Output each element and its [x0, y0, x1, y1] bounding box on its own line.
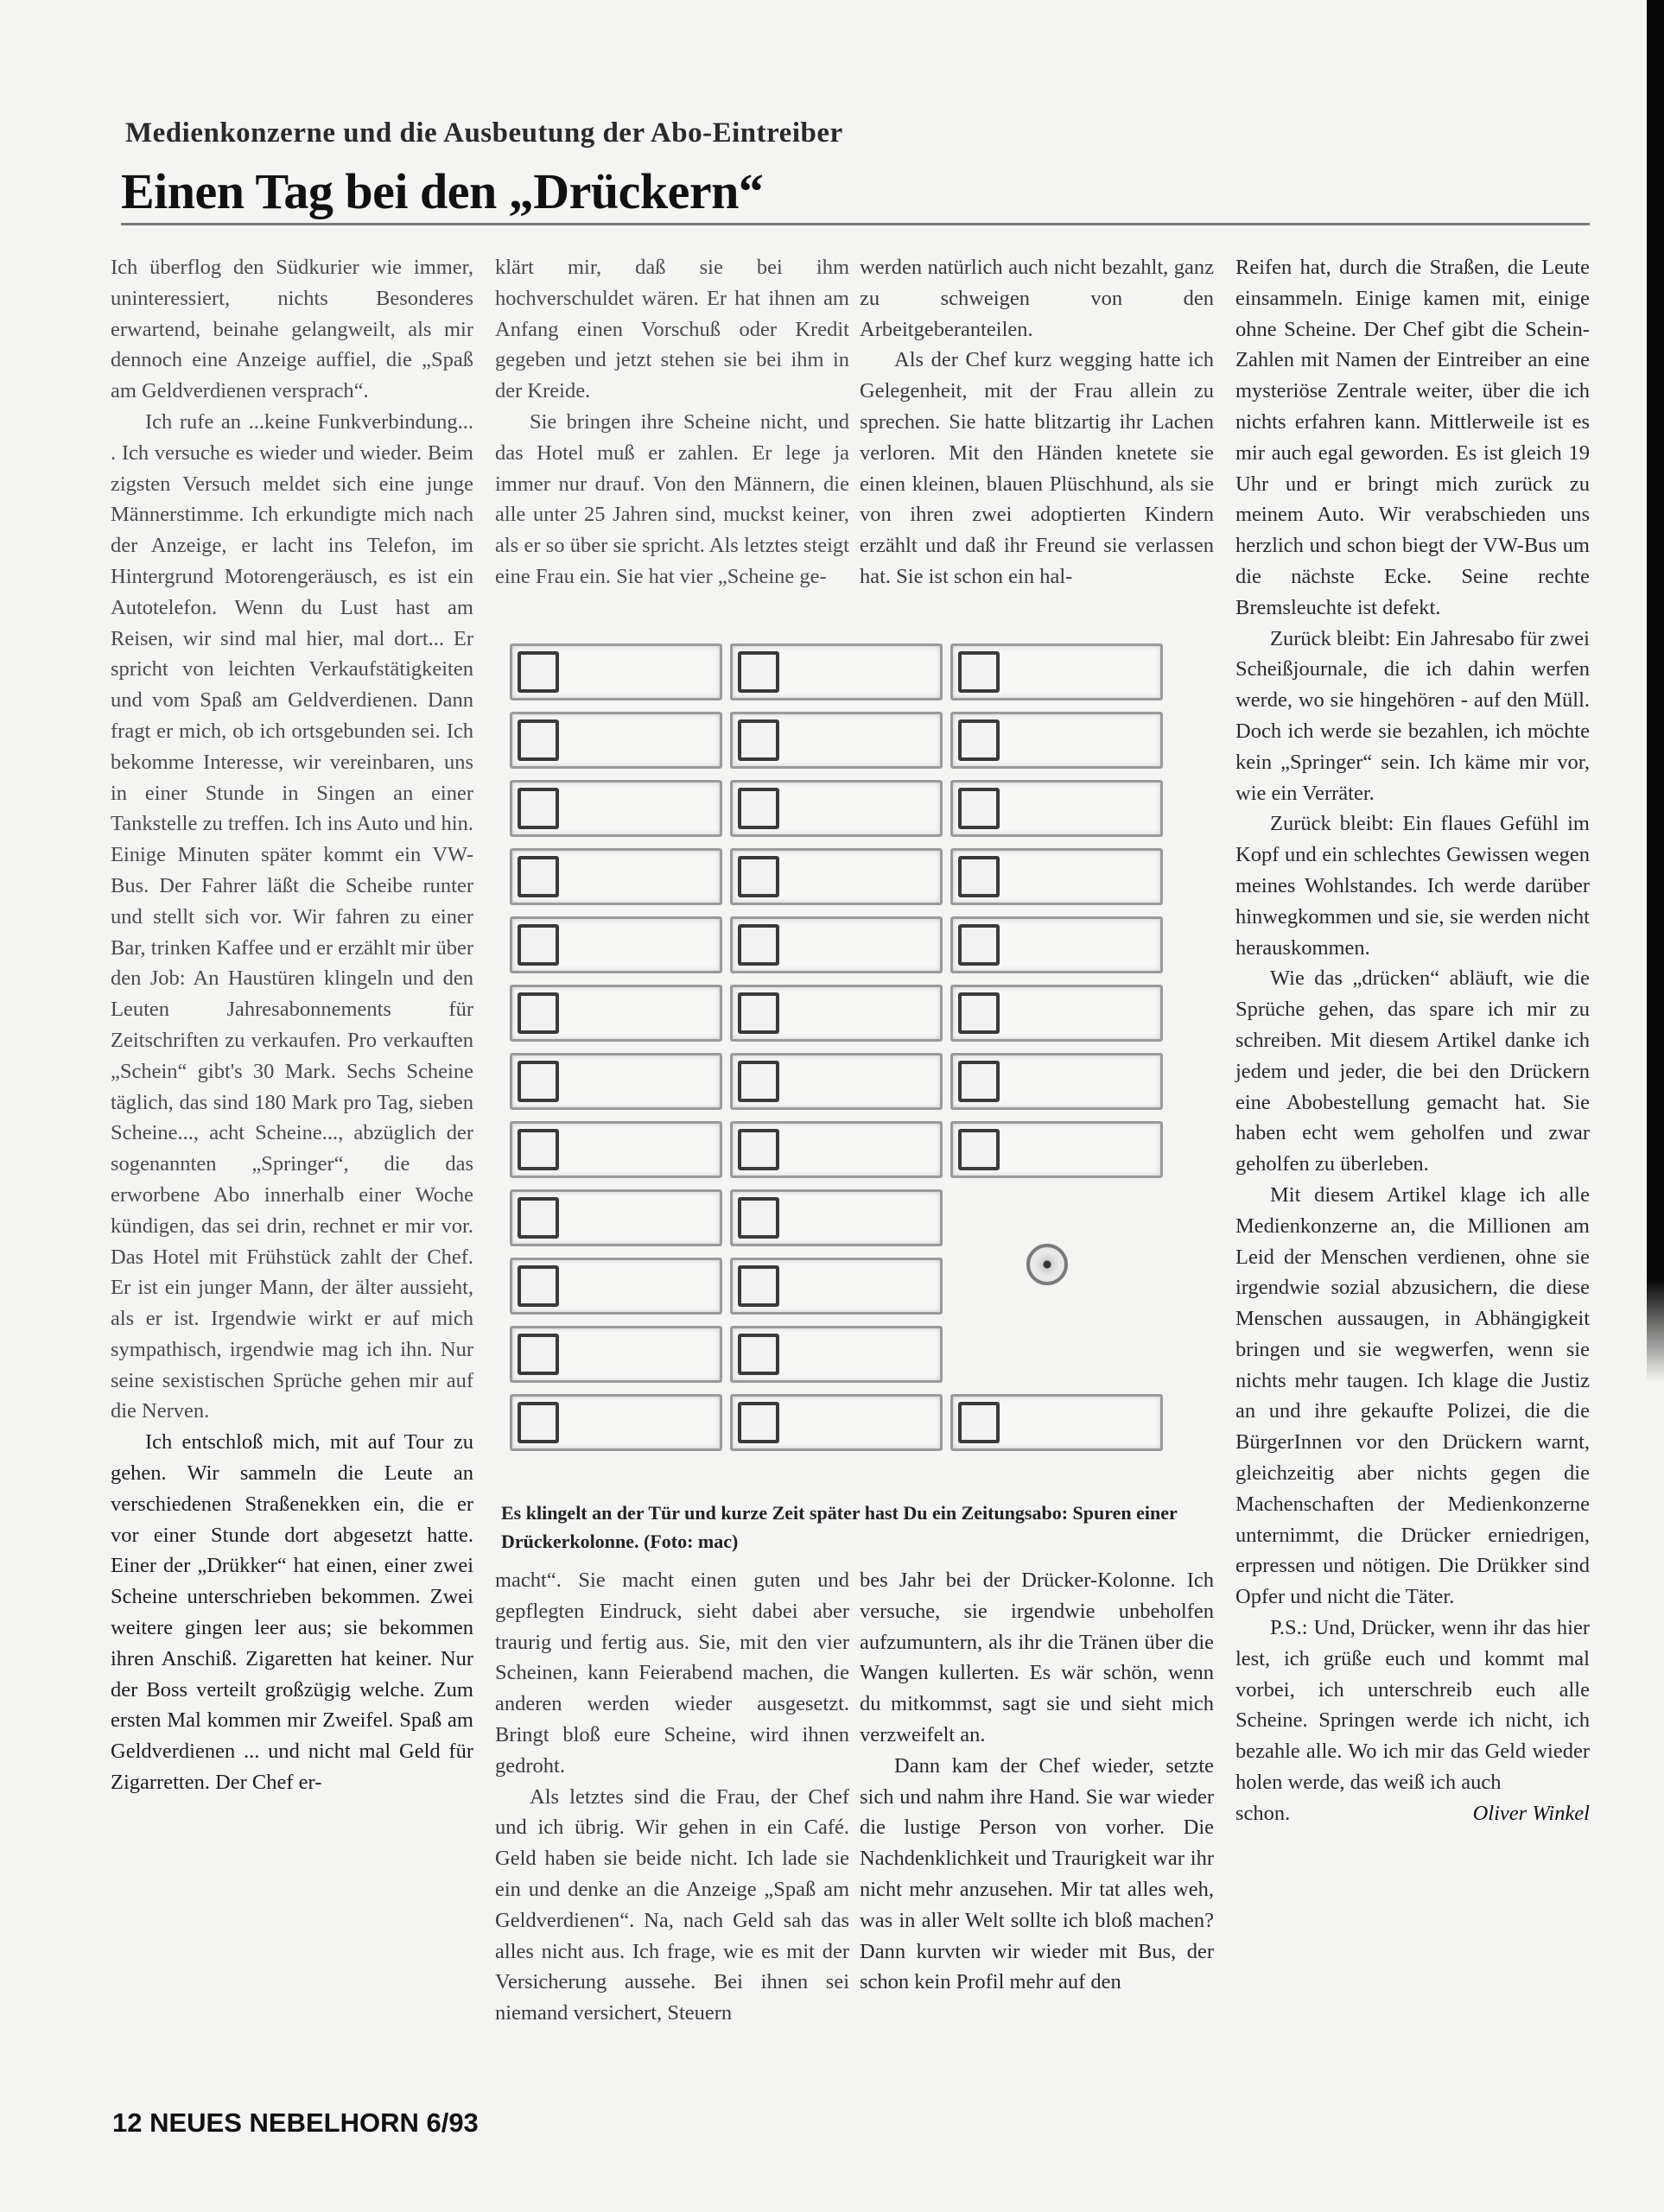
mailbox-window-icon: [518, 651, 559, 693]
paragraph: werden natürlich auch nicht bezahlt, gan…: [860, 252, 1214, 345]
mailbox-slot: [950, 1394, 1163, 1451]
paragraph: bes Jahr bei der Drücker-Kolonne. Ich ve…: [860, 1565, 1214, 1751]
mailbox-slot: [950, 1053, 1163, 1110]
mailbox-slot: [730, 1258, 943, 1315]
article-title: Einen Tag bei den „Drückern“: [121, 162, 763, 220]
mailbox-slot: [950, 1121, 1163, 1178]
mailbox-slot: [510, 848, 722, 905]
mailbox-photo: [510, 643, 1201, 1464]
author-name: Oliver Winkel: [1473, 1798, 1590, 1829]
mailbox-slot: [510, 780, 722, 837]
paragraph: Mit diesem Artikel klage ich alle Medien…: [1235, 1180, 1590, 1613]
mailbox-slot: [510, 712, 722, 769]
photo-caption: Es klingelt an der Tür und kurze Zeit sp…: [501, 1499, 1218, 1556]
mailbox-window-icon: [518, 788, 559, 829]
mailbox-slot: [730, 1121, 943, 1178]
paragraph: Als der Chef kurz wegging hatte ich Gele…: [860, 345, 1214, 592]
scan-edge-fade: [1647, 1278, 1664, 1382]
paragraph: Sie bringen ihre Scheine nicht, und das …: [495, 407, 849, 593]
mailbox-slot: [730, 848, 943, 905]
mailbox-window-icon: [518, 1197, 559, 1239]
mailbox-slot: [950, 916, 1163, 973]
mailbox-slot: [950, 712, 1163, 769]
mailbox-window-icon: [958, 1061, 1000, 1102]
mailbox-slot: [510, 1053, 722, 1110]
mailbox-slot: [950, 985, 1163, 1042]
mailbox-window-icon: [738, 992, 779, 1034]
mailbox-window-icon: [958, 719, 1000, 761]
mailbox-slot: [730, 1326, 943, 1383]
mailbox-slot: [510, 1258, 722, 1315]
mailbox-window-icon: [958, 856, 1000, 897]
mailbox-window-icon: [738, 651, 779, 693]
paragraph: Reifen hat, durch die Straßen, die Leute…: [1235, 252, 1590, 624]
paragraph: Als letztes sind die Frau, der Chef und …: [495, 1782, 849, 2029]
mailbox-slot: [950, 848, 1163, 905]
title-rule: [121, 223, 1590, 225]
paragraph: Dann kam der Chef wieder, setzte sich un…: [860, 1751, 1214, 1998]
mailbox-window-icon: [738, 924, 779, 966]
paragraph: Wie das „drücken“ abläuft, wie die Sprüc…: [1235, 963, 1590, 1180]
mailbox-window-icon: [958, 651, 1000, 693]
mailbox-window-icon: [958, 1129, 1000, 1170]
mailbox-slot: [510, 643, 722, 700]
mailbox-slot: [510, 985, 722, 1042]
mailbox-window-icon: [958, 992, 1000, 1034]
mailbox-window-icon: [738, 1334, 779, 1375]
article-column-3-top: werden natürlich auch nicht bezahlt, gan…: [860, 252, 1214, 593]
paragraph: macht“. Sie macht einen guten und gepfle…: [495, 1565, 849, 1782]
mailbox-window-icon: [738, 1061, 779, 1102]
mailbox-window-icon: [738, 1129, 779, 1170]
article-column-2-bottom: macht“. Sie macht einen guten und gepfle…: [495, 1565, 849, 2029]
mailbox-slot: [730, 643, 943, 700]
signature-line: schon. Oliver Winkel: [1235, 1798, 1590, 1829]
mailbox-slot: [730, 916, 943, 973]
mailbox-window-icon: [738, 1197, 779, 1239]
mailbox-slot: [510, 1326, 722, 1383]
article-column-4: Reifen hat, durch die Straßen, die Leute…: [1235, 252, 1590, 1829]
article-column-1: Ich überflog den Südkurier wie immer, un…: [111, 252, 473, 1798]
mailbox-slot: [730, 780, 943, 837]
closing-word: schon.: [1235, 1798, 1290, 1829]
mailbox-window-icon: [958, 788, 1000, 829]
mailbox-slot: [510, 1394, 722, 1451]
mailbox-slot: [950, 780, 1163, 837]
mailbox-slot: [950, 643, 1163, 700]
mailbox-window-icon: [518, 1129, 559, 1170]
mailbox-window-icon: [738, 719, 779, 761]
mailbox-slot: [730, 1394, 943, 1451]
mailbox-slot: [730, 985, 943, 1042]
paragraph: P.S.: Und, Drücker, wenn ihr das hier le…: [1235, 1613, 1590, 1798]
page-footer: 12 NEUES NEBELHORN 6/93: [112, 2107, 479, 2139]
mailbox-window-icon: [518, 924, 559, 966]
mailbox-window-icon: [518, 856, 559, 897]
mailbox-window-icon: [738, 856, 779, 897]
article-kicker: Medienkonzerne und die Ausbeutung der Ab…: [125, 117, 843, 149]
article-column-3-bottom: bes Jahr bei der Drücker-Kolonne. Ich ve…: [860, 1565, 1214, 1998]
paragraph: Ich überflog den Südkurier wie immer, un…: [111, 252, 473, 407]
paragraph: Ich entschloß mich, mit auf Tour zu gehe…: [111, 1427, 473, 1798]
mailbox-slot: [510, 1189, 722, 1246]
mailbox-window-icon: [738, 1265, 779, 1307]
mailbox-slot: [730, 1053, 943, 1110]
mailbox-window-icon: [518, 1334, 559, 1375]
scan-edge-shadow: [1647, 0, 1664, 1278]
mailbox-window-icon: [958, 924, 1000, 966]
mailbox-slot: [730, 712, 943, 769]
doorbell-icon: [1026, 1244, 1068, 1285]
paragraph: Zurück bleibt: Ein flaues Gefühl im Kopf…: [1235, 808, 1590, 963]
mailbox-window-icon: [518, 1061, 559, 1102]
mailbox-window-icon: [738, 788, 779, 829]
mailbox-window-icon: [518, 719, 559, 761]
paragraph: Ich rufe an ...keine Funkverbindung... .…: [111, 407, 473, 1427]
paragraph: klärt mir, daß sie bei ihm hochverschuld…: [495, 252, 849, 407]
mailbox-slot: [510, 1121, 722, 1178]
mailbox-slot: [730, 1189, 943, 1246]
mailbox-window-icon: [518, 992, 559, 1034]
mailbox-window-icon: [518, 1265, 559, 1307]
article-column-2-top: klärt mir, daß sie bei ihm hochverschuld…: [495, 252, 849, 593]
mailbox-window-icon: [518, 1402, 559, 1443]
mailbox-window-icon: [738, 1402, 779, 1443]
paragraph: Zurück bleibt: Ein Jahresabo für zwei Sc…: [1235, 624, 1590, 809]
mailbox-slot: [510, 916, 722, 973]
mailbox-window-icon: [958, 1402, 1000, 1443]
